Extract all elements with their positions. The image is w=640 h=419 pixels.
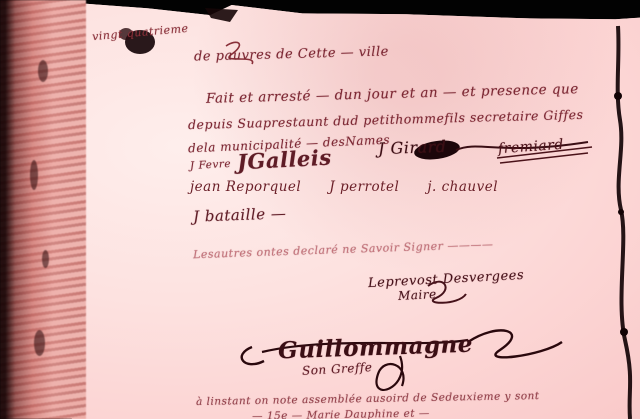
binding-speck: [30, 160, 38, 190]
signature-maire-title: Maire: [398, 287, 437, 303]
signature-bataille: J bataille —: [193, 204, 287, 225]
scanned-document: vingt quatrieme de pauvres de Cette — vi…: [0, 0, 640, 419]
signature-fevre: J Fevre: [190, 158, 232, 172]
signature-perrotel: J perrotel: [329, 179, 399, 195]
book-binding-edge: [0, 0, 86, 419]
signature-row: jean Reporquel J perrotel j. chauvel: [190, 179, 498, 195]
signature-reporquel: jean Reporquel: [190, 179, 301, 195]
binding-speck: [34, 330, 45, 356]
binding-speck: [42, 250, 49, 268]
binding-speck: [38, 60, 48, 82]
signature-girard: J Girard: [378, 137, 447, 158]
signature-chauvel: j. chauvel: [427, 179, 498, 195]
signature-galleis: JGalleis: [236, 145, 332, 175]
manuscript-line: — 15e — Marie Dauphine et —: [252, 407, 430, 419]
